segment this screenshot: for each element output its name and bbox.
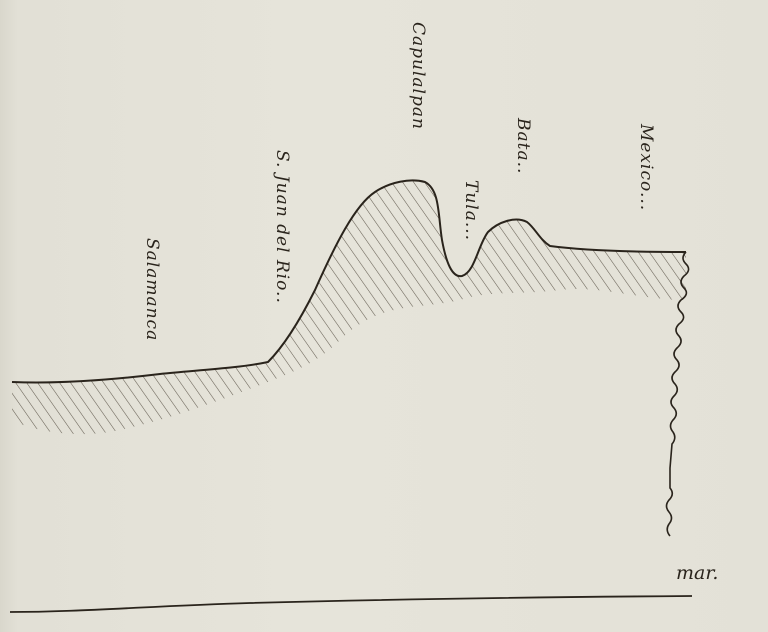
- sea-level-baseline: [10, 596, 692, 612]
- label-bata: Bata..: [513, 118, 533, 174]
- label-sea: mar.: [676, 562, 718, 584]
- label-san-juan-del-rio: S. Juan del Rio..: [272, 150, 292, 304]
- label-salamanca: Salamanca: [142, 238, 162, 341]
- label-mexico: Mexico...: [636, 124, 656, 211]
- label-capulalpan: Capulalpan: [408, 22, 428, 130]
- sketch-sheet: Salamanca S. Juan del Rio.. Capulalpan T…: [0, 0, 768, 632]
- label-tula: Tula...: [461, 180, 481, 241]
- profile-drawing: [0, 0, 768, 632]
